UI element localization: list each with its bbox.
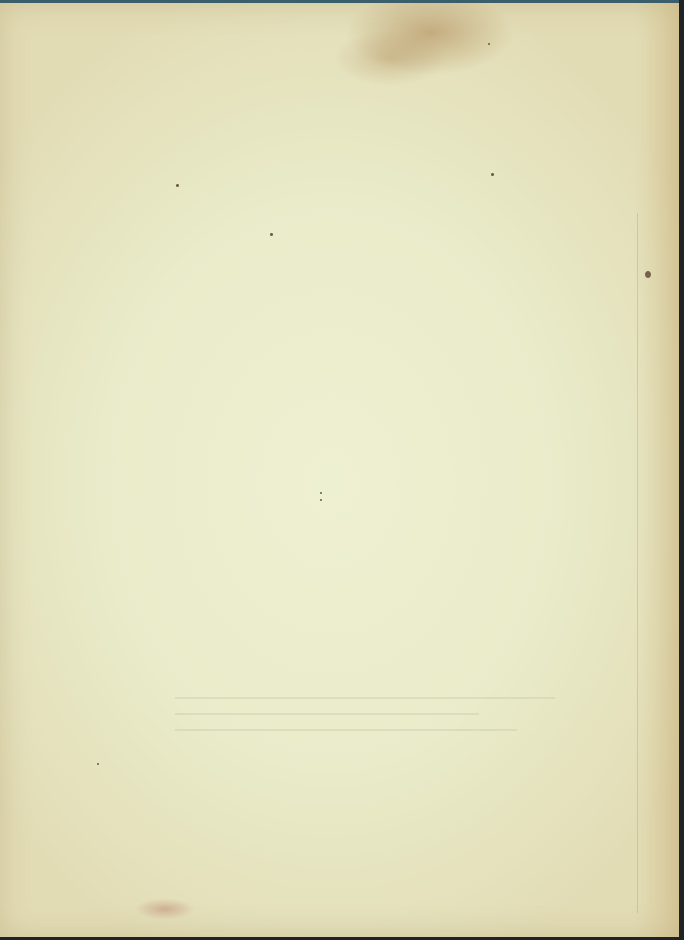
speck bbox=[270, 233, 273, 236]
paper-page bbox=[0, 3, 679, 937]
speck bbox=[645, 271, 651, 278]
page-right-edge bbox=[679, 0, 684, 940]
show-through-text bbox=[175, 683, 555, 763]
speck bbox=[320, 499, 322, 501]
speck bbox=[320, 492, 322, 494]
speck bbox=[176, 184, 179, 187]
speck bbox=[491, 173, 494, 176]
speck bbox=[97, 763, 99, 765]
speck bbox=[488, 43, 490, 45]
fold-line bbox=[637, 213, 638, 913]
